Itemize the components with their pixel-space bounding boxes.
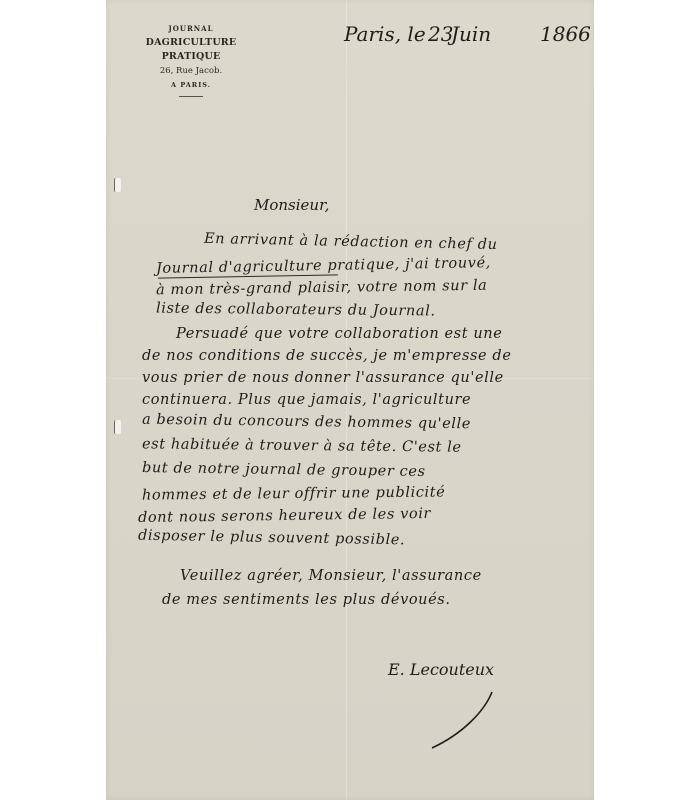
body-line: Journal d'agriculture pratique, j'ai tro… bbox=[156, 255, 491, 277]
body-line: de mes sentiments les plus dévoués. bbox=[162, 592, 451, 608]
letterhead-rule bbox=[179, 96, 203, 97]
letter-paper: JOURNAL DAGRICULTURE PRATIQUE 26, Rue Ja… bbox=[106, 0, 594, 800]
letterhead: JOURNAL DAGRICULTURE PRATIQUE 26, Rue Ja… bbox=[116, 22, 266, 97]
letterhead-journal: JOURNAL bbox=[116, 22, 266, 36]
date-day: 23 bbox=[428, 22, 453, 46]
date-month: Juin bbox=[451, 22, 491, 46]
signature: E. Lecouteux bbox=[388, 660, 494, 679]
punch-hole-icon bbox=[114, 420, 121, 434]
date-place: Paris, le bbox=[344, 22, 426, 46]
body-line: Veuillez agréer, Monsieur, l'assurance bbox=[180, 568, 482, 584]
body-line: hommes et de leur offrir une publicité bbox=[142, 484, 446, 503]
body-line: Persuadé que votre collaboration est une bbox=[176, 326, 502, 342]
punch-hole-icon bbox=[114, 178, 121, 192]
body-line: but de notre journal de grouper ces bbox=[142, 460, 426, 480]
body-line: dont nous serons heureux de les voir bbox=[138, 506, 431, 526]
body-line: de nos conditions de succès, je m'empres… bbox=[142, 348, 512, 364]
body-line: a besoin du concours des hommes qu'elle bbox=[142, 412, 471, 433]
body-line: à mon très-grand plaisir, votre nom sur … bbox=[156, 278, 488, 299]
signature-flourish-icon bbox=[426, 690, 496, 750]
date-year: 1866 bbox=[540, 22, 591, 46]
body-line: est habituée à trouver à sa tête. C'est … bbox=[142, 436, 462, 455]
letterhead-address: 26, Rue Jacob. bbox=[116, 64, 266, 78]
body-line: En arrivant à la rédaction en chef du bbox=[204, 231, 498, 253]
letterhead-title: DAGRICULTURE PRATIQUE bbox=[116, 36, 266, 64]
salutation: Monsieur, bbox=[254, 196, 329, 214]
letterhead-city: A PARIS. bbox=[116, 78, 266, 92]
body-line: disposer le plus souvent possible. bbox=[138, 528, 405, 549]
body-line: vous prier de nous donner l'assurance qu… bbox=[142, 370, 504, 386]
body-line: continuera. Plus que jamais, l'agricultu… bbox=[142, 392, 471, 408]
body-line: liste des collaborateurs du Journal. bbox=[156, 301, 436, 320]
